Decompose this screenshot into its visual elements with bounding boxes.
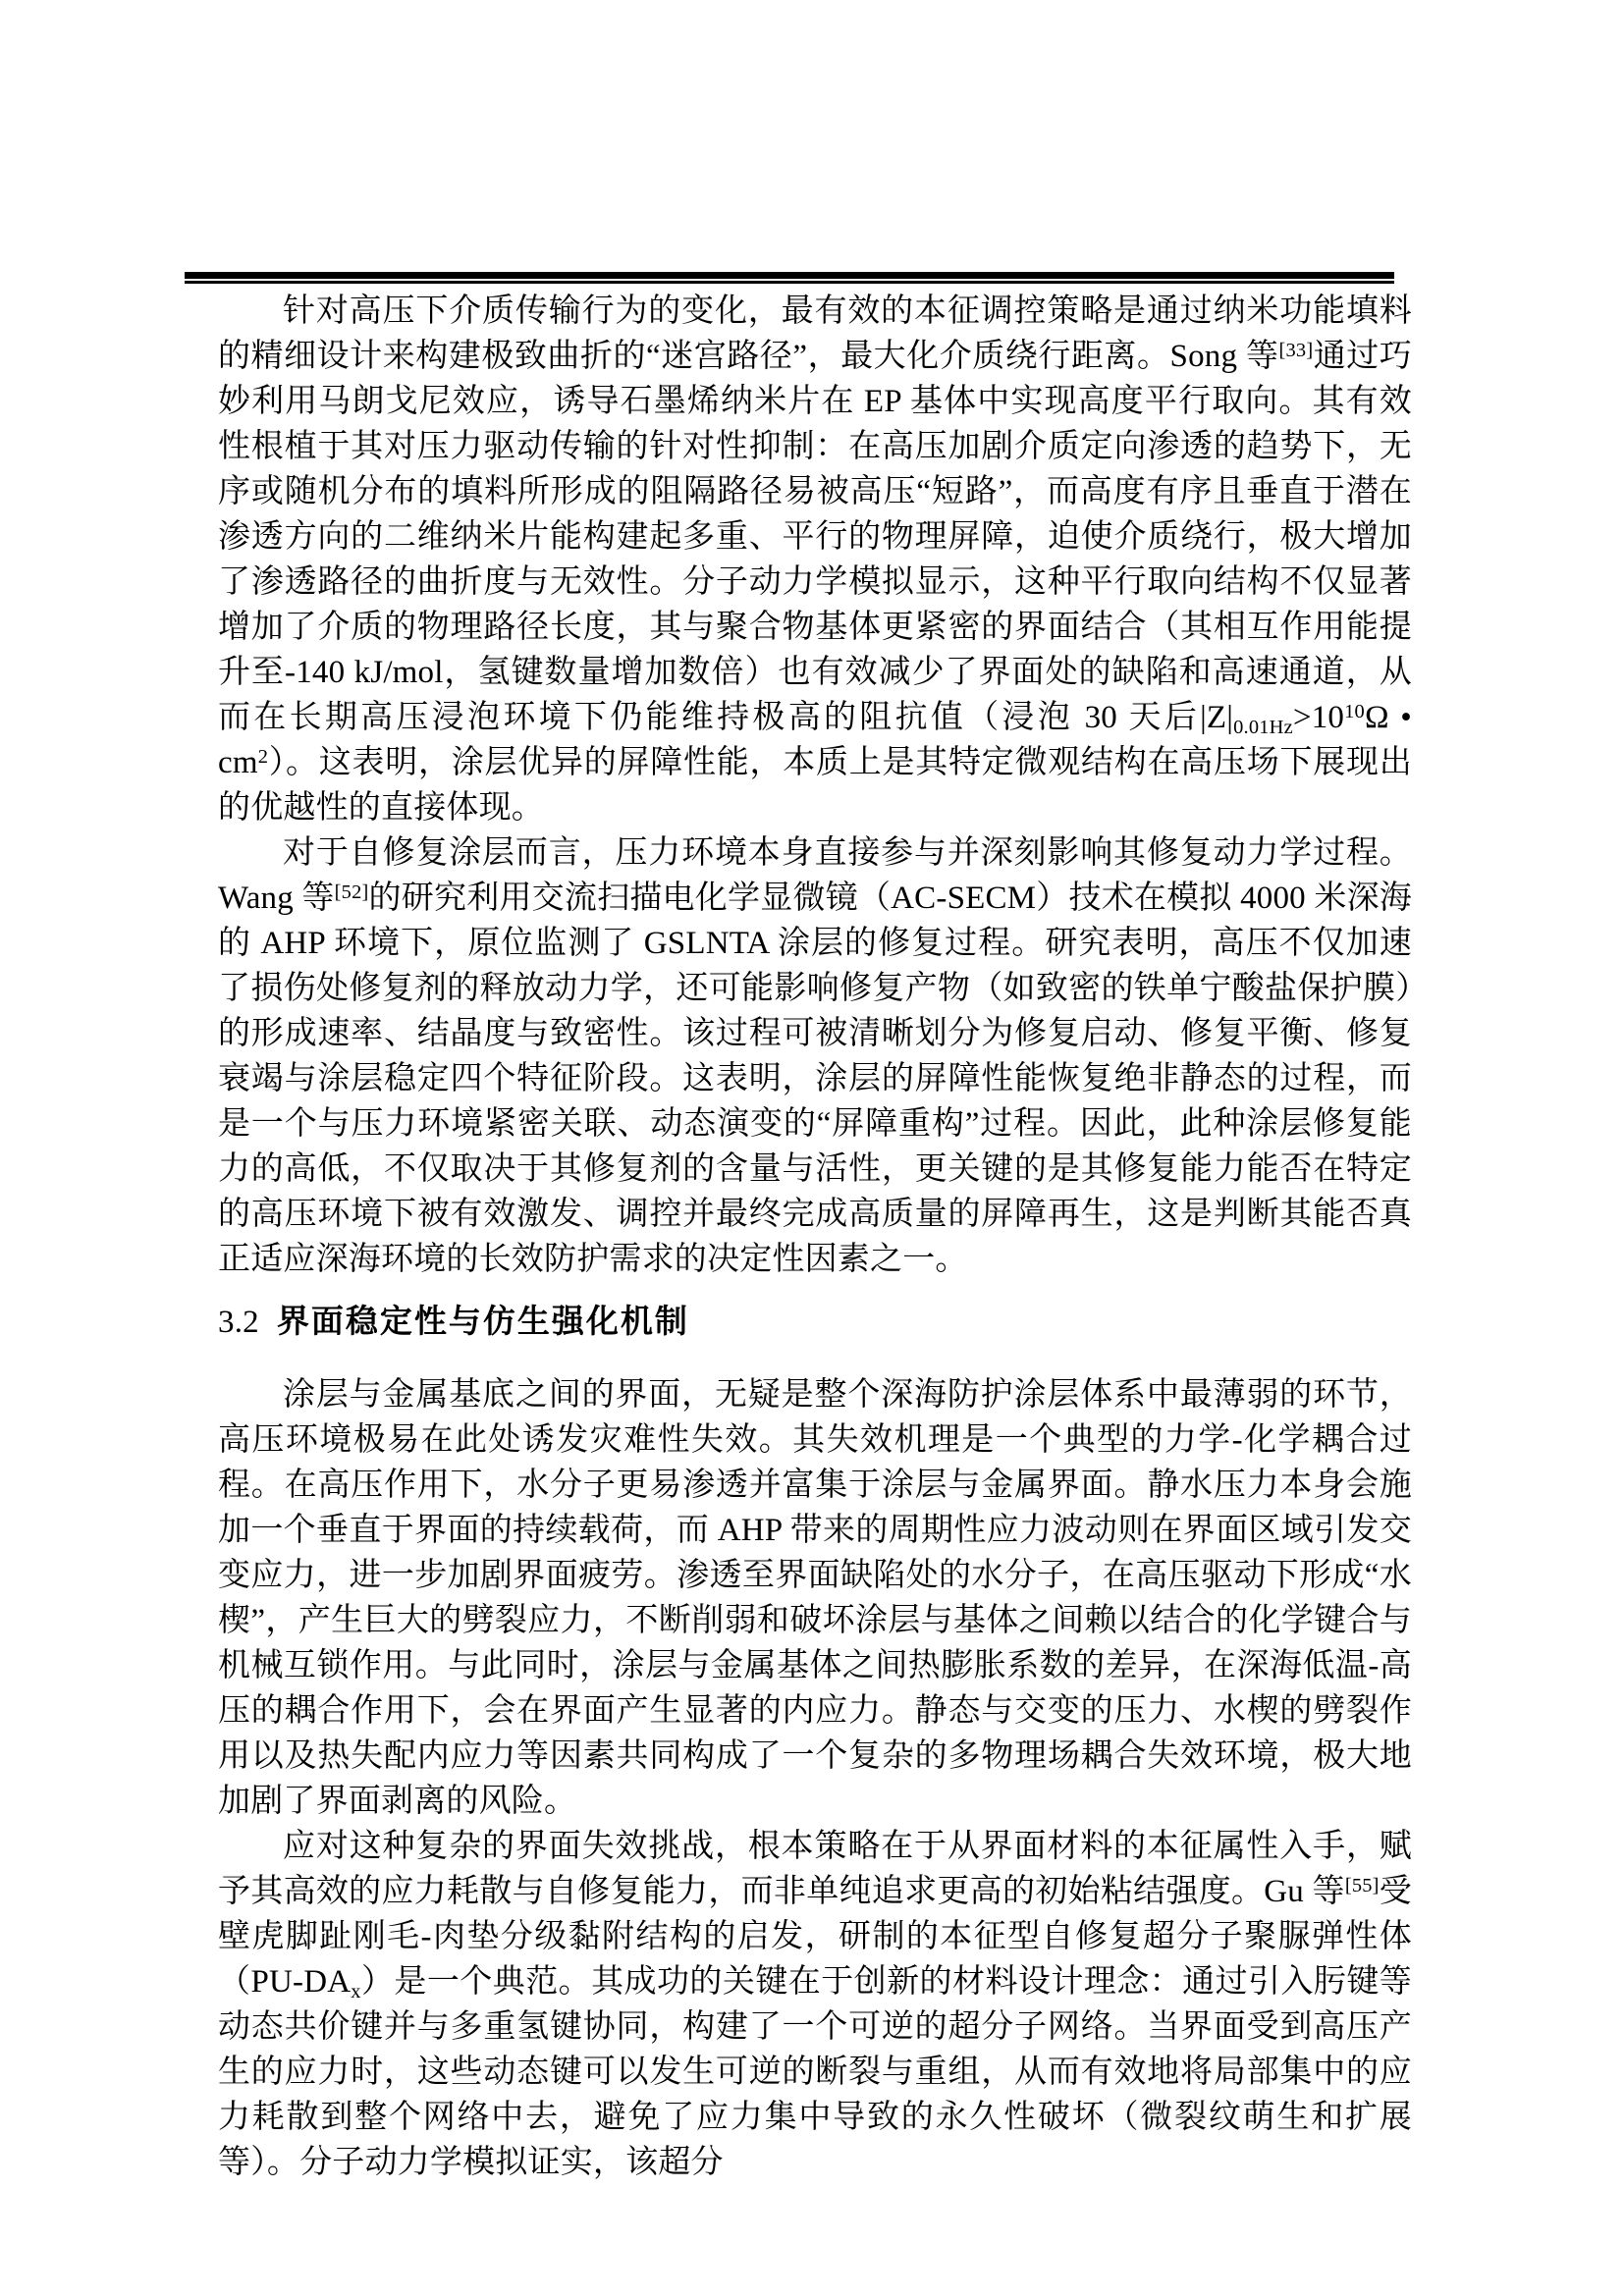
subscript-text: 0.01Hz [1233, 717, 1293, 738]
body-text: 通过巧妙利用马朗戈尼效应，诱导石墨烯纳米片在 EP 基体中实现高度平行取向。其有… [218, 339, 1412, 735]
superscript-text: 2 [258, 746, 268, 768]
section-number: 3.2 [218, 1305, 259, 1340]
section-heading-3-2: 3.2界面稳定性与仿生强化机制 [218, 1299, 1412, 1345]
body-text: >10 [1293, 700, 1344, 735]
para-3: 涂层与金属基底之间的界面，无疑是整个深海防护涂层体系中最薄弱的环节，高压环境极易… [218, 1372, 1412, 1824]
body-text: 针对高压下介质传输行为的变化，最有效的本征调控策略是通过纳米功能填料的精细设计来… [218, 294, 1412, 374]
para-2: 对于自修复涂层而言，压力环境本身直接参与并深刻影响其修复动力学过程。Wang 等… [218, 830, 1412, 1282]
header-separator-rule [185, 272, 1394, 284]
para-4: 应对这种复杂的界面失效挑战，根本策略在于从界面材料的本征属性入手，赋予其高效的应… [218, 1824, 1412, 2185]
superscript-text: [33] [1279, 340, 1314, 361]
superscript-text: [55] [1345, 1875, 1380, 1896]
superscript-text: [52] [335, 881, 369, 903]
document-page: 针对高压下介质传输行为的变化，最有效的本征调控策略是通过纳米功能填料的精细设计来… [0, 0, 1624, 2296]
body-text: ）。这表明，涂层优异的屏障性能，本质上是其特定微观结构在高压场下展现出的优越性的… [218, 745, 1412, 826]
section-title: 界面稳定性与仿生强化机制 [277, 1303, 689, 1339]
para-1: 针对高压下介质传输行为的变化，最有效的本征调控策略是通过纳米功能填料的精细设计来… [218, 289, 1412, 830]
body-text: 的研究利用交流扫描电化学显微镜（AC-SECM）技术在模拟 4000 米深海的 … [218, 881, 1412, 1277]
body-text: ）是一个典范。其成功的关键在于创新的材料设计理念：通过引入肟键等动态共价键并与多… [218, 1964, 1412, 2180]
subscript-text: x [351, 1981, 360, 2002]
text-block: 针对高压下介质传输行为的变化，最有效的本征调控策略是通过纳米功能填料的精细设计来… [218, 289, 1412, 2185]
body-text: 涂层与金属基底之间的界面，无疑是整个深海防护涂层体系中最薄弱的环节，高压环境极易… [218, 1377, 1412, 1819]
body-text: 应对这种复杂的界面失效挑战，根本策略在于从界面材料的本征属性入手，赋予其高效的应… [218, 1829, 1412, 1909]
superscript-text: 10 [1344, 701, 1365, 722]
